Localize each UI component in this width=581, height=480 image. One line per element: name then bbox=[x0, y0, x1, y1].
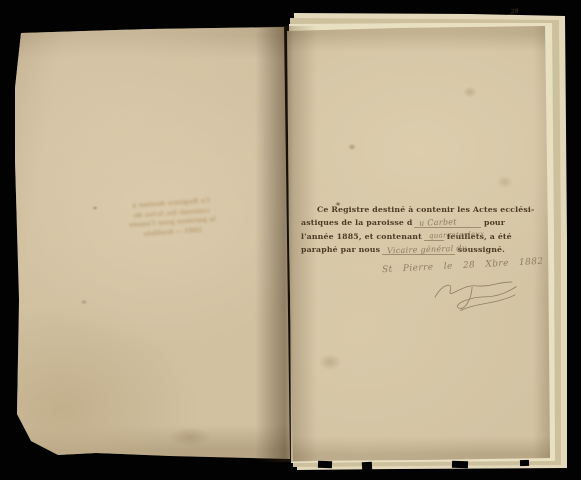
blank-rule: Vicaire général du bbox=[382, 244, 455, 255]
paraphe-text-block: Ce Registre destiné à contenir les Actes… bbox=[301, 203, 505, 257]
blank-rule: quarante-deux bbox=[424, 230, 444, 241]
deckle-notch bbox=[520, 460, 529, 466]
handwritten-folio-count: quarante-deux bbox=[429, 228, 485, 243]
printed-line-1: Ce Registre destiné à contenir les Actes… bbox=[301, 203, 505, 216]
ink-bleedthrough: Ce Registre destiné à contenir les Actes… bbox=[115, 195, 229, 241]
printed-text: l'année 1885, et contenant bbox=[301, 230, 422, 243]
handwritten-officiant: Vicaire général du bbox=[387, 242, 468, 258]
printed-text: astiques de la paroisse d bbox=[301, 216, 412, 229]
deckle-notch bbox=[362, 462, 372, 471]
printed-text: paraphé par nous bbox=[301, 243, 380, 256]
blank-rule: u Carbet bbox=[414, 217, 480, 228]
printed-text: pour bbox=[484, 216, 505, 229]
scanned-register-photo: Ce Registre destiné à contenir les Actes… bbox=[0, 0, 581, 480]
corner-pencil-note: 28 bbox=[511, 8, 519, 15]
printed-line-4: paraphé par nous Vicaire général du sous… bbox=[301, 243, 505, 256]
deckle-notch bbox=[318, 461, 332, 468]
deckle-notch bbox=[452, 461, 468, 469]
printed-line-3: l'année 1885, et contenant quarante-deux… bbox=[301, 230, 505, 243]
